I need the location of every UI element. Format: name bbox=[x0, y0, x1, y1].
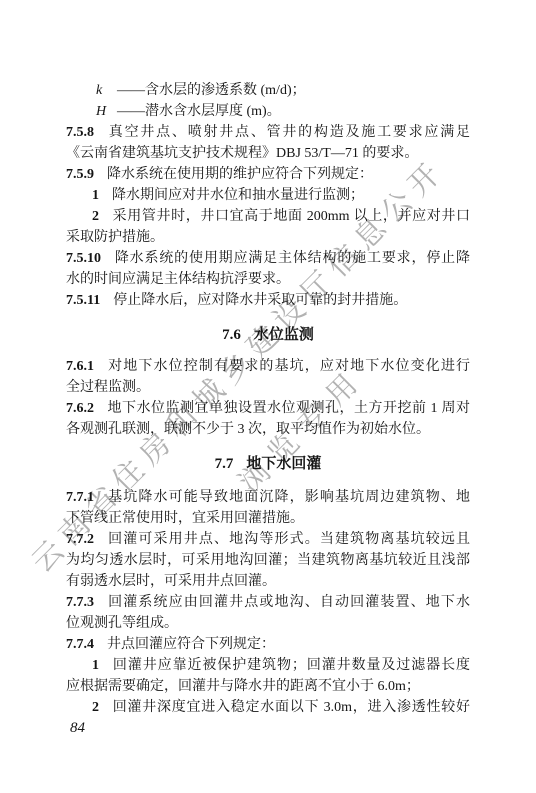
document-page: 云南省住房和城乡建设厅信息公开 浏览专用 k——含水层的渗透系数 (m/d)； … bbox=[0, 0, 536, 793]
symbol-k: k bbox=[96, 80, 117, 101]
clause-7-5-8-line-2: 《云南省建筑基坑支护技术规程》DBJ 53/T—71 的要求。 bbox=[66, 143, 470, 164]
clause-number: 7.6.1 bbox=[66, 359, 94, 374]
clause-text: 对地下水位控制有要求的基坑，应对地下水位变化进行 bbox=[107, 359, 470, 374]
clause-text: 降水系统在使用期的维护应符合下列规定： bbox=[107, 167, 373, 182]
clause-7-7-1-line-1: 7.7.1基坑降水可能导致地面沉降，影响基坑周边建筑物、地 bbox=[66, 487, 470, 508]
clause-text: 降水系统的使用期应满足主体结构的施工要求，停止降 bbox=[114, 251, 470, 266]
definition-text: ——潜水含水层厚度 (m)。 bbox=[117, 104, 281, 119]
clause-text: 下管线正常使用时，宜采用回灌措施。 bbox=[66, 511, 304, 526]
clause-7-6-2-line-1: 7.6.2地下水位监测宜单独设置水位观测孔，土方开挖前 1 周对 bbox=[66, 398, 470, 419]
clause-7-6-1-line-1: 7.6.1对地下水位控制有要求的基坑，应对地下水位变化进行 bbox=[66, 356, 470, 377]
clause-number: 7.7.4 bbox=[66, 637, 94, 652]
clause-7-5-11: 7.5.11停止降水后，应对降水井采取可靠的封井措施。 bbox=[66, 290, 470, 311]
clause-text: 停止降水后，应对降水井采取可靠的封井措施。 bbox=[113, 293, 407, 308]
section-heading-7-6: 7.6水位监测 bbox=[66, 325, 470, 346]
item-text: 应根据需要确定，回灌井与降水井的距离不宜小于 6.0m； bbox=[66, 679, 420, 694]
clause-7-5-9: 7.5.9降水系统在使用期的维护应符合下列规定： bbox=[66, 164, 470, 185]
clause-text: 井点回灌应符合下列规定： bbox=[107, 637, 275, 652]
clause-7-6-2-line-2: 各观测孔联测，联测不少于 3 次，取平均值作为初始水位。 bbox=[66, 419, 470, 440]
item-text: 采取防护措施。 bbox=[66, 230, 164, 245]
clause-7-5-10-line-2: 水的时间应满足主体结构抗浮要求。 bbox=[66, 269, 470, 290]
clause-text: 《云南省建筑基坑支护技术规程》DBJ 53/T—71 的要求。 bbox=[66, 146, 418, 161]
item-number: 2 bbox=[92, 700, 99, 715]
list-item-2-line-1: 2采用管井时，井口宜高于地面 200mm 以上，并应对井口 bbox=[66, 206, 470, 227]
clause-7-7-4: 7.7.4井点回灌应符合下列规定： bbox=[66, 634, 470, 655]
clause-number: 7.6.2 bbox=[66, 401, 94, 416]
item-text: 回灌井应靠近被保护建筑物；回灌井数量及过滤器长度 bbox=[112, 658, 470, 673]
clause-text: 地下水位监测宜单独设置水位观测孔，土方开挖前 1 周对 bbox=[107, 401, 470, 416]
clause-7-5-8-line-1: 7.5.8真空井点、喷射井点、管井的构造及施工要求应满足 bbox=[66, 122, 470, 143]
list-item-1-line-2: 应根据需要确定，回灌井与降水井的距离不宜小于 6.0m； bbox=[66, 676, 470, 697]
clause-7-5-10-line-1: 7.5.10降水系统的使用期应满足主体结构的施工要求，停止降 bbox=[66, 248, 470, 269]
clause-text: 回灌可采用井点、地沟等形式。当建筑物离基坑较远且 bbox=[107, 532, 470, 547]
definition-line-k: k——含水层的渗透系数 (m/d)； bbox=[66, 80, 470, 101]
clause-7-7-2-line-3: 有弱透水层时，可采用井点回灌。 bbox=[66, 571, 470, 592]
clause-7-6-1-line-2: 全过程监测。 bbox=[66, 377, 470, 398]
clause-7-7-3-line-1: 7.7.3回灌系统应由回灌井点或地沟、自动回灌装置、地下水 bbox=[66, 592, 470, 613]
clause-text: 各观测孔联测，联测不少于 3 次，取平均值作为初始水位。 bbox=[66, 422, 430, 437]
item-text: 降水期间应对井水位和抽水量进行监测； bbox=[112, 188, 364, 203]
clause-number: 7.5.10 bbox=[66, 251, 101, 266]
clause-number: 7.5.11 bbox=[66, 293, 100, 308]
item-text: 采用管井时，井口宜高于地面 200mm 以上，并应对井口 bbox=[112, 209, 470, 224]
section-number: 7.6 bbox=[222, 327, 241, 343]
list-item-1-line-1: 1回灌井应靠近被保护建筑物；回灌井数量及过滤器长度 bbox=[66, 655, 470, 676]
item-number: 1 bbox=[92, 658, 99, 673]
clause-7-7-2-line-1: 7.7.2回灌可采用井点、地沟等形式。当建筑物离基坑较远且 bbox=[66, 529, 470, 550]
section-heading-7-7: 7.7地下水回灌 bbox=[66, 454, 470, 475]
item-number: 2 bbox=[92, 209, 99, 224]
clause-7-7-1-line-2: 下管线正常使用时，宜采用回灌措施。 bbox=[66, 508, 470, 529]
clause-number: 7.7.3 bbox=[66, 595, 94, 610]
clause-text: 回灌系统应由回灌井点或地沟、自动回灌装置、地下水 bbox=[107, 595, 470, 610]
clause-7-7-3-line-2: 位观测孔等组成。 bbox=[66, 613, 470, 634]
list-item-1: 1降水期间应对井水位和抽水量进行监测； bbox=[66, 185, 470, 206]
definition-text: ——含水层的渗透系数 (m/d)； bbox=[117, 83, 306, 98]
section-title: 水位监测 bbox=[254, 327, 314, 343]
page-content: k——含水层的渗透系数 (m/d)； H——潜水含水层厚度 (m)。 7.5.8… bbox=[66, 80, 470, 739]
clause-text: 位观测孔等组成。 bbox=[66, 616, 178, 631]
clause-text: 为均匀透水层时，可采用地沟回灌；当建筑物离基坑较近且浅部 bbox=[66, 553, 470, 568]
clause-text: 有弱透水层时，可采用井点回灌。 bbox=[66, 574, 276, 589]
list-item-2-line-2: 采取防护措施。 bbox=[66, 227, 470, 248]
item-number: 1 bbox=[92, 188, 99, 203]
section-title: 地下水回灌 bbox=[246, 456, 321, 472]
clause-number: 7.5.9 bbox=[66, 167, 94, 182]
clause-text: 真空井点、喷射井点、管井的构造及施工要求应满足 bbox=[107, 125, 470, 140]
item-text: 回灌井深度宜进入稳定水面以下 3.0m，进入渗透性较好 bbox=[112, 700, 470, 715]
clause-number: 7.5.8 bbox=[66, 125, 94, 140]
clause-text: 基坑降水可能导致地面沉降，影响基坑周边建筑物、地 bbox=[107, 490, 470, 505]
section-number: 7.7 bbox=[215, 456, 234, 472]
symbol-H: H bbox=[96, 101, 117, 122]
clause-text: 全过程监测。 bbox=[66, 380, 150, 395]
page-number: 84 bbox=[66, 718, 470, 739]
definition-line-H: H——潜水含水层厚度 (m)。 bbox=[66, 101, 470, 122]
clause-text: 水的时间应满足主体结构抗浮要求。 bbox=[66, 272, 290, 287]
list-item-2: 2回灌井深度宜进入稳定水面以下 3.0m，进入渗透性较好 bbox=[66, 697, 470, 718]
clause-7-7-2-line-2: 为均匀透水层时，可采用地沟回灌；当建筑物离基坑较近且浅部 bbox=[66, 550, 470, 571]
clause-number: 7.7.1 bbox=[66, 490, 94, 505]
clause-number: 7.7.2 bbox=[66, 532, 94, 547]
